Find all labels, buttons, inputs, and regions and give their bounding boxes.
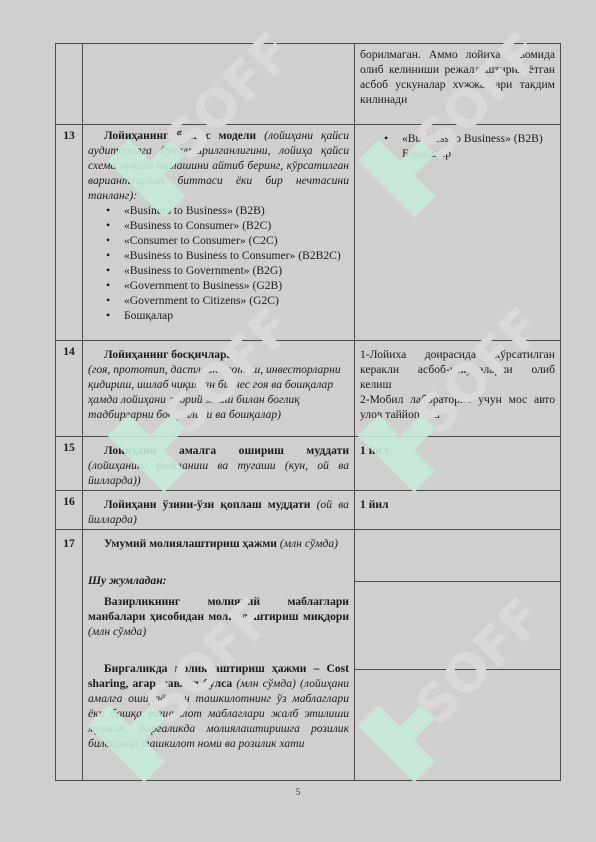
list-item: «Business to Business» (B2B)Бошқалар [402, 131, 555, 161]
question-cell: Умумий молиялаштириш ҳажми (млн сўмда) Ш… [83, 530, 355, 781]
answer-cell: 1 йил [355, 491, 561, 530]
answer-cell: «Business to Business» (B2B)Бошқалар [355, 125, 561, 341]
answer-cell: 1-Лойиха доирасида кўрсатилган керакли а… [355, 341, 561, 437]
row-number-cell [56, 44, 83, 125]
ministry-funding-hint: (млн сўмда) [88, 625, 146, 638]
question-hint: (гоя, прототип, дастлабки сотиш, инвесто… [88, 362, 349, 422]
project-form-table: борилмаган. Аммо лойиха давомида олиб ке… [55, 43, 561, 781]
list-item: Бошқалар [124, 308, 349, 323]
table-row-17: 17 Умумий молиялаштириш ҳажми (млн сўмда… [56, 530, 561, 781]
question-cell [83, 44, 355, 125]
selected-model: «Business to Business» (B2B) [402, 132, 543, 145]
question-cell: Лойиҳанинг босқичлари (гоя, прототип, да… [83, 341, 355, 437]
business-model-options: «Business to Business» (B2B) «Business t… [88, 203, 349, 323]
list-item: «Government to Citizens» (G2C) [124, 293, 349, 308]
sub-heading: Шу жумладан: [88, 573, 349, 588]
duration-value: 1 йил [360, 444, 389, 457]
funding-values-cell [355, 530, 561, 781]
list-item: «Business to Business» (B2B) [124, 203, 349, 218]
question-title: Лойиҳанинг бизнес модели [104, 129, 256, 142]
ministry-funding-label: Вазирликнинг молиявий маблаглари манбала… [88, 595, 349, 623]
list-item: «Business to Business to Consumer» (B2B2… [124, 248, 349, 263]
page-number: 5 [0, 787, 596, 797]
question-cell: Лойиҳани амалга ошириш муддати (лойиҳани… [83, 437, 355, 491]
total-funding-value [355, 530, 560, 582]
question-cell: Лойиҳанинг бизнес модели (лойиҳани қайси… [83, 125, 355, 341]
list-item: «Government to Business» (G2B) [124, 278, 349, 293]
list-item: «Consumer to Consumer» (C2C) [124, 233, 349, 248]
question-title: Лойиҳани амалга ошириш муддати [104, 444, 349, 457]
row-number: 13 [56, 125, 83, 341]
table-row-14: 14 Лойиҳанинг босқичлари (гоя, прототип,… [56, 341, 561, 437]
answer-text: борилмаган. Аммо лойиха давомида олиб ке… [360, 48, 555, 106]
table-row-15: 15 Лойиҳани амалга ошириш муддати (лойиҳ… [56, 437, 561, 491]
question-hint: (лойиҳанинг бошланиш ва тугаши (кун, ой … [88, 459, 349, 487]
table-row-13: 13 Лойиҳанинг бизнес модели (лойиҳани қа… [56, 125, 561, 341]
question-title: Умумий молиялаштириш ҳажми [104, 537, 277, 550]
question-cell: Лойиҳани ўзини-ўзи қоплаш муддати (ой ва… [83, 491, 355, 530]
selected-model-list: «Business to Business» (B2B)Бошқалар [360, 131, 555, 161]
ministry-funding-value [355, 582, 560, 670]
answer-cell: 1 йил [355, 437, 561, 491]
cost-sharing-unit: (млн сўмда) [232, 677, 296, 690]
row-number: 17 [56, 530, 83, 781]
list-item: «Business to Consumer» (B2C) [124, 218, 349, 233]
document-page: борилмаган. Аммо лойиха давомида олиб ке… [0, 0, 596, 842]
question-title: Лойиҳанинг босқичлари [104, 348, 233, 361]
stage-item: 2-Мобил лаборатория учун мос авто улов т… [360, 392, 555, 422]
table-row-continuation: борилмаган. Аммо лойиха давомида олиб ке… [56, 44, 561, 125]
question-hint: (млн сўмда) [277, 537, 338, 550]
table-row-16: 16 Лойиҳани ўзини-ўзи қоплаш муддати (ой… [56, 491, 561, 530]
row-number: 15 [56, 437, 83, 491]
cost-sharing-value [355, 670, 560, 780]
answer-cell: борилмаган. Аммо лойиха давомида олиб ке… [355, 44, 561, 125]
selected-model-extra: Бошқалар [402, 147, 451, 160]
row-number: 14 [56, 341, 83, 437]
stage-item: 1-Лойиха доирасида кўрсатилган керакли а… [360, 347, 555, 392]
payback-value: 1 йил [360, 498, 389, 511]
row-number: 16 [56, 491, 83, 530]
list-item: «Business to Government» (B2G) [124, 263, 349, 278]
question-title: Лойиҳани ўзини-ўзи қоплаш муддати [104, 498, 310, 511]
